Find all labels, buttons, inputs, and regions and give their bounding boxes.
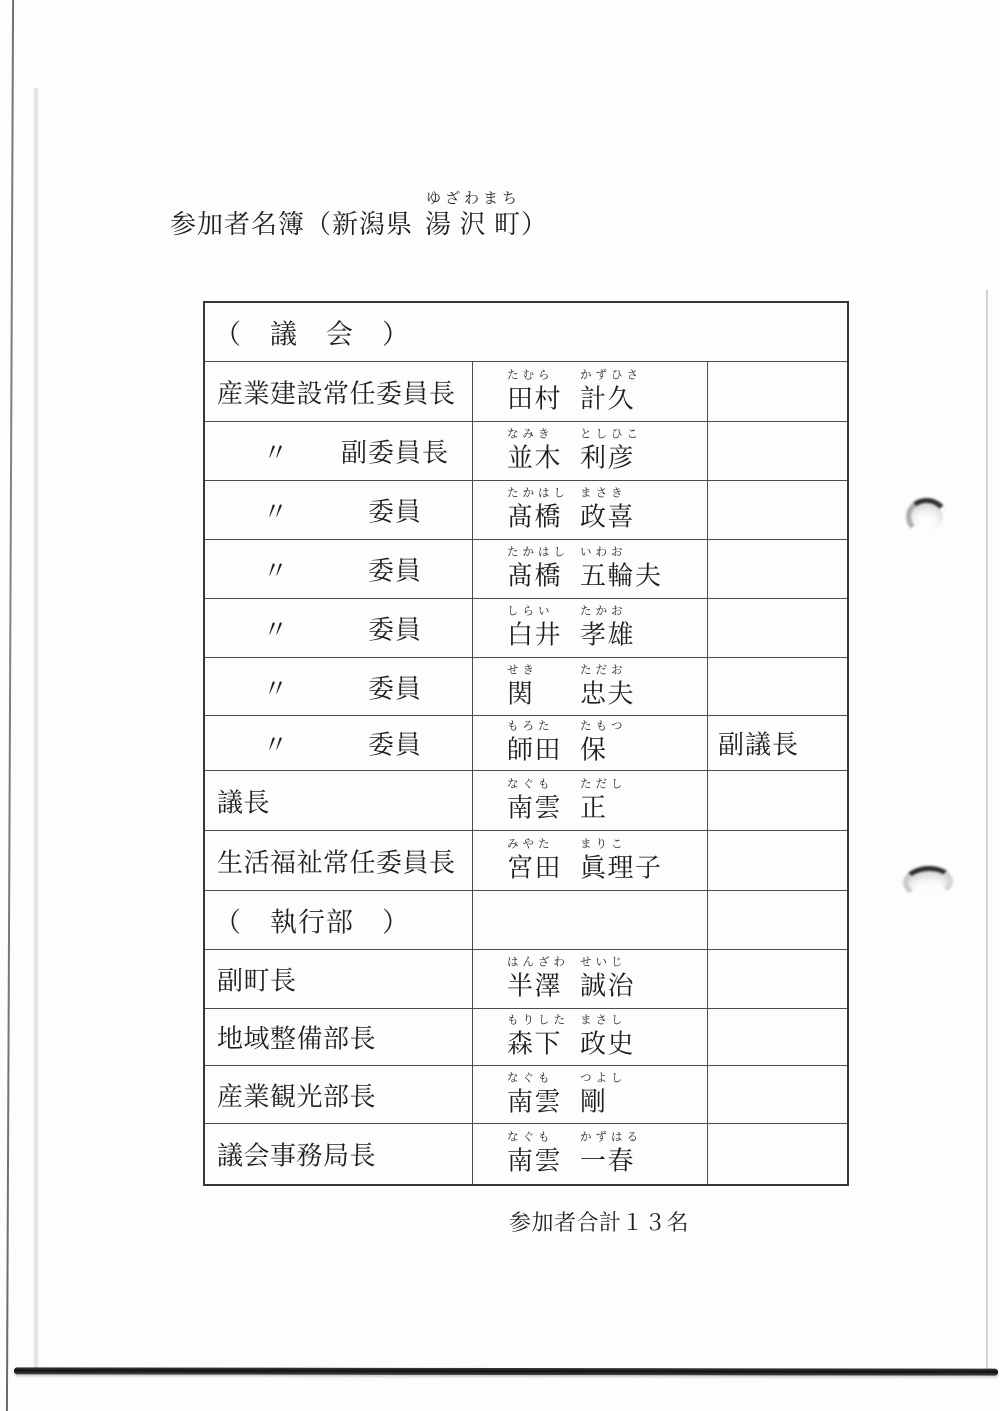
givenname-furigana: せいじ <box>580 957 627 970</box>
role-label: 副町長 <box>217 961 297 998</box>
name-cell: はんざわ 半澤 せいじ 誠治 <box>472 950 707 1008</box>
givenname: 忠夫 <box>580 679 635 709</box>
name-cell: たかはし 髙橋 まさき 政喜 <box>472 481 707 539</box>
role-cell: 生活福祉常任委員長 <box>205 831 472 890</box>
paper-bottom-edge-shadow <box>14 1367 998 1375</box>
surname-furigana: せき <box>507 664 538 677</box>
name-wrap: もろた 師田 たもつ 保 <box>507 721 627 766</box>
surname-group: もろた 師田 <box>507 721 580 766</box>
name-wrap: せき 関 ただお 忠夫 <box>507 664 635 709</box>
role-cell: 〃 委員 <box>205 716 472 770</box>
table-row: 〃 委員 たかはし 髙橋 いわお 五輪夫 <box>205 539 847 598</box>
givenname: 一春 <box>580 1147 635 1177</box>
note-cell <box>707 481 847 539</box>
role-cell: 〃 委員 <box>205 481 472 539</box>
table-row: 産業観光部長 なぐも 南雲 つよし 剛 <box>205 1065 847 1123</box>
surname-furigana: なみき <box>507 429 554 442</box>
section-cell: （ 執行部 ） <box>205 891 472 949</box>
role-cell: 議会事務局長 <box>205 1124 472 1184</box>
name-cell: たかはし 髙橋 いわお 五輪夫 <box>472 540 707 598</box>
empty-name-cell <box>472 891 707 949</box>
givenname-group: ただし 正 <box>580 778 627 823</box>
role-label: 産業観光部長 <box>217 1076 376 1113</box>
ditto-mark: 〃 <box>263 433 288 469</box>
givenname: 政史 <box>580 1030 635 1060</box>
surname-group: せき 関 <box>507 664 580 709</box>
note-cell <box>707 1124 847 1184</box>
note-cell <box>707 658 847 715</box>
scan-left-edge-line <box>6 0 14 1411</box>
name-wrap: なぐも 南雲 つよし 剛 <box>507 1072 627 1117</box>
surname: 髙橋 <box>507 562 562 592</box>
name-cell: せき 関 ただお 忠夫 <box>472 658 707 715</box>
table-row: 〃 委員 たかはし 髙橋 まさき 政喜 <box>205 480 847 539</box>
surname-group: しらい 白井 <box>507 606 580 651</box>
note-label: 副議長 <box>718 725 799 762</box>
surname: 半澤 <box>507 972 562 1002</box>
note-cell <box>707 362 847 421</box>
surname: 南雲 <box>507 793 562 823</box>
table-row: 〃 委員 せき 関 ただお 忠夫 <box>205 657 847 715</box>
givenname-group: いわお 五輪夫 <box>580 547 663 592</box>
name-wrap: なぐも 南雲 ただし 正 <box>507 778 627 823</box>
surname-furigana: みやた <box>507 838 554 851</box>
givenname-furigana: としひこ <box>580 429 642 442</box>
empty-note-cell <box>707 303 847 361</box>
footer-total: 参加者合計１３名 <box>509 1206 689 1237</box>
roster-table: （ 議 会 ） 産業建設常任委員長 たむら 田村 かずひさ 計久 <box>203 301 849 1186</box>
ditto-mark: 〃 <box>263 669 288 705</box>
givenname: 五輪夫 <box>580 562 663 592</box>
title-suffix: ） <box>521 210 548 239</box>
table-row: 〃 委員 しらい 白井 たかお 孝雄 <box>205 598 847 657</box>
note-cell <box>707 1009 847 1065</box>
role-centered-label: 委員 <box>368 551 422 588</box>
givenname-group: たかお 孝雄 <box>580 606 635 651</box>
surname-furigana: なぐも <box>507 1072 554 1085</box>
note-cell <box>707 950 847 1008</box>
table-row: 地域整備部長 もりした 森下 まさし 政史 <box>205 1008 847 1065</box>
town-name: ゆざわまち湯 沢 町 <box>425 204 521 241</box>
givenname-group: かずひさ 計久 <box>580 369 642 414</box>
surname-furigana: もろた <box>507 721 554 734</box>
table-row: 生活福祉常任委員長 みやた 宮田 まりこ 眞理子 <box>205 830 847 890</box>
givenname: 孝雄 <box>580 621 635 651</box>
givenname-furigana: たかお <box>580 606 627 619</box>
surname: 南雲 <box>507 1147 562 1177</box>
punch-hole-shadow-top <box>904 496 950 538</box>
table-row: 〃 委員 もろた 師田 たもつ 保 副議長 <box>205 715 847 770</box>
section-row: （ 執行部 ） <box>205 890 847 949</box>
surname-furigana: なぐも <box>507 778 554 791</box>
name-wrap: たかはし 髙橋 まさき 政喜 <box>507 488 635 533</box>
name-wrap: なぐも 南雲 かずはる 一春 <box>507 1132 642 1177</box>
name-cell: なみき 並木 としひこ 利彦 <box>472 422 707 480</box>
givenname-furigana: ただし <box>580 778 627 791</box>
givenname-furigana: いわお <box>580 547 627 560</box>
givenname-group: まさき 政喜 <box>580 488 635 533</box>
document-title: 参加者名簿（新潟県ゆざわまち湯 沢 町） <box>170 204 548 241</box>
role-cell: 産業建設常任委員長 <box>205 362 472 421</box>
givenname-group: かずはる 一春 <box>580 1132 642 1177</box>
surname: 白井 <box>507 621 562 651</box>
givenname-furigana: ただお <box>580 664 627 677</box>
givenname: 保 <box>580 736 608 766</box>
role-label: 地域整備部長 <box>217 1019 376 1056</box>
role-centered-label: 委員 <box>368 610 422 647</box>
surname-group: はんざわ 半澤 <box>507 957 580 1002</box>
givenname-group: せいじ 誠治 <box>580 957 635 1002</box>
role-centered-label: 副委員長 <box>341 433 449 470</box>
givenname-furigana: まさき <box>580 488 627 501</box>
note-cell <box>707 1066 847 1123</box>
scanned-page: 参加者名簿（新潟県ゆざわまち湯 沢 町） （ 議 会 ） 産業建設常任委員長 た… <box>0 0 1000 1411</box>
punch-hole-shadow-bottom <box>902 865 954 900</box>
givenname-furigana: まさし <box>580 1015 627 1028</box>
name-cell: なぐも 南雲 かずはる 一春 <box>472 1124 707 1184</box>
name-cell: なぐも 南雲 つよし 剛 <box>472 1066 707 1123</box>
role-label: 産業建設常任委員長 <box>217 373 456 410</box>
surname-group: たかはし 髙橋 <box>507 547 580 592</box>
surname-furigana: たかはし <box>507 488 569 501</box>
section-row: （ 議 会 ） <box>205 303 847 361</box>
title-prefix: 参加者名簿（新潟県 <box>170 210 413 239</box>
section-label: （ 議 会 ） <box>214 313 410 352</box>
surname-furigana: しらい <box>507 606 554 619</box>
role-cell: 〃 副委員長 <box>205 422 472 480</box>
givenname: 正 <box>580 793 608 823</box>
surname-group: たむら 田村 <box>507 369 580 414</box>
surname: 森下 <box>507 1030 562 1060</box>
name-cell: みやた 宮田 まりこ 眞理子 <box>472 831 707 890</box>
surname: 師田 <box>507 736 562 766</box>
role-cell: 〃 委員 <box>205 599 472 657</box>
town-text: 湯 沢 町 <box>425 210 521 239</box>
name-wrap: たむら 田村 かずひさ 計久 <box>507 369 642 414</box>
name-wrap: はんざわ 半澤 せいじ 誠治 <box>507 957 635 1002</box>
name-wrap: もりした 森下 まさし 政史 <box>507 1015 635 1060</box>
givenname: 政喜 <box>580 503 635 533</box>
surname-group: なみき 並木 <box>507 429 580 474</box>
note-cell <box>707 540 847 598</box>
givenname-group: まりこ 眞理子 <box>580 838 663 883</box>
note-cell <box>707 599 847 657</box>
name-cell: もりした 森下 まさし 政史 <box>472 1009 707 1065</box>
table-row: 〃 副委員長 なみき 並木 としひこ 利彦 <box>205 421 847 480</box>
givenname-furigana: かずひさ <box>580 369 642 382</box>
section-label: （ 執行部 ） <box>214 901 410 940</box>
surname: 田村 <box>507 384 562 414</box>
surname-group: なぐも 南雲 <box>507 778 580 823</box>
surname: 髙橋 <box>507 503 562 533</box>
surname: 南雲 <box>507 1087 562 1117</box>
role-centered-label: 委員 <box>368 668 422 705</box>
table-row: 産業建設常任委員長 たむら 田村 かずひさ 計久 <box>205 361 847 421</box>
surname-group: もりした 森下 <box>507 1015 580 1060</box>
table-row: 副町長 はんざわ 半澤 せいじ 誠治 <box>205 949 847 1008</box>
role-centered-label: 委員 <box>368 492 422 529</box>
surname: 宮田 <box>507 853 562 883</box>
ditto-mark: 〃 <box>263 492 288 528</box>
givenname-furigana: つよし <box>580 1072 627 1085</box>
note-cell <box>707 771 847 830</box>
surname-group: たかはし 髙橋 <box>507 488 580 533</box>
givenname: 誠治 <box>580 972 635 1002</box>
name-cell: なぐも 南雲 ただし 正 <box>472 771 707 830</box>
name-wrap: なみき 並木 としひこ 利彦 <box>507 429 642 474</box>
givenname-furigana: かずはる <box>580 1132 642 1145</box>
note-cell <box>707 422 847 480</box>
givenname-group: たもつ 保 <box>580 721 627 766</box>
role-cell: 議長 <box>205 771 472 830</box>
paper-left-edge-shadow <box>33 88 39 1372</box>
givenname: 剛 <box>580 1087 608 1117</box>
note-cell: 副議長 <box>707 716 847 770</box>
name-cell: もろた 師田 たもつ 保 <box>472 716 707 770</box>
givenname-group: ただお 忠夫 <box>580 664 635 709</box>
givenname-furigana: たもつ <box>580 721 627 734</box>
role-label: 議長 <box>217 782 270 819</box>
surname-furigana: なぐも <box>507 1132 554 1145</box>
role-cell: 副町長 <box>205 950 472 1008</box>
role-label: 生活福祉常任委員長 <box>217 842 456 879</box>
paper-right-edge-shadow <box>986 290 988 1372</box>
note-cell <box>707 831 847 890</box>
givenname: 計久 <box>580 384 635 414</box>
givenname-group: としひこ 利彦 <box>580 429 642 474</box>
name-wrap: みやた 宮田 まりこ 眞理子 <box>507 838 663 883</box>
section-cell: （ 議 会 ） <box>205 303 472 361</box>
surname-furigana: たむら <box>507 369 554 382</box>
givenname: 眞理子 <box>580 853 663 883</box>
surname-group: なぐも 南雲 <box>507 1072 580 1117</box>
role-centered-label: 委員 <box>368 725 422 762</box>
surname-furigana: たかはし <box>507 547 569 560</box>
surname: 並木 <box>507 444 562 474</box>
name-cell: たむら 田村 かずひさ 計久 <box>472 362 707 421</box>
ditto-mark: 〃 <box>263 725 288 761</box>
surname: 関 <box>507 679 535 709</box>
givenname-group: つよし 剛 <box>580 1072 627 1117</box>
empty-note-cell <box>707 891 847 949</box>
givenname-group: まさし 政史 <box>580 1015 635 1060</box>
role-label: 議会事務局長 <box>217 1136 376 1173</box>
role-cell: 産業観光部長 <box>205 1066 472 1123</box>
surname-group: みやた 宮田 <box>507 838 580 883</box>
name-cell: しらい 白井 たかお 孝雄 <box>472 599 707 657</box>
ditto-mark: 〃 <box>263 551 288 587</box>
table-row: 議会事務局長 なぐも 南雲 かずはる 一春 <box>205 1123 847 1184</box>
surname-furigana: もりした <box>507 1015 569 1028</box>
name-wrap: たかはし 髙橋 いわお 五輪夫 <box>507 547 663 592</box>
role-cell: 地域整備部長 <box>205 1009 472 1065</box>
surname-furigana: はんざわ <box>507 957 569 970</box>
empty-name-cell <box>472 303 707 361</box>
role-cell: 〃 委員 <box>205 540 472 598</box>
surname-group: なぐも 南雲 <box>507 1132 580 1177</box>
role-cell: 〃 委員 <box>205 658 472 715</box>
givenname-furigana: まりこ <box>580 838 627 851</box>
name-wrap: しらい 白井 たかお 孝雄 <box>507 606 635 651</box>
ditto-mark: 〃 <box>263 610 288 646</box>
town-furigana: ゆざわまち <box>426 187 521 208</box>
givenname: 利彦 <box>580 444 635 474</box>
table-row: 議長 なぐも 南雲 ただし 正 <box>205 770 847 830</box>
